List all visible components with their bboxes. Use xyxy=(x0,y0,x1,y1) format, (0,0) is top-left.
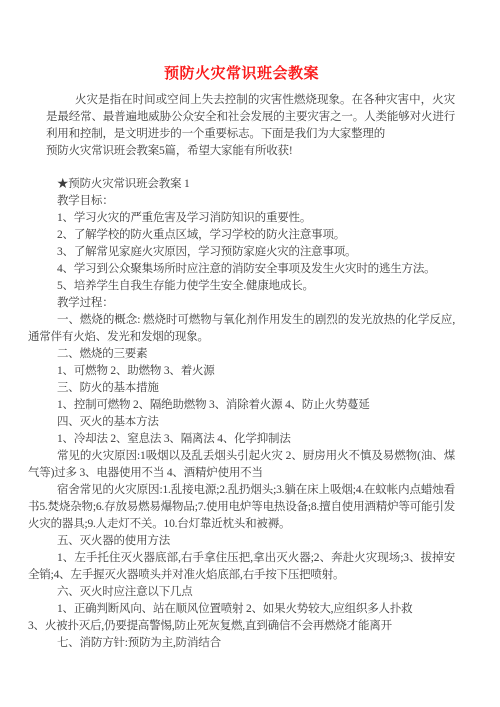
document-page: 预防火灾常识班会教案 火灾是指在时间或空间上失去控制的灾害性燃烧现象。在各种灾害… xyxy=(0,0,500,707)
paragraph: 1、正确判断风向、站在顺风位置喷射 2、如果火势较大,应组织多人扑救 xyxy=(28,601,455,618)
document-content: 预防火灾常识班会教案 火灾是指在时间或空间上失去控制的灾害性燃烧现象。在各种灾害… xyxy=(0,0,500,652)
paragraph: 教学目标： xyxy=(28,193,455,210)
paragraph: 四、灭火的基本方法 xyxy=(28,414,455,431)
paragraph: 4、学习到公众聚集场所时应注意的消防安全事项及发生火灾时的逃生方法。 xyxy=(28,261,455,278)
paragraph: 常见的火灾原因:1吸烟以及乱丢烟头引起火灾 2、厨房用火不慎及易燃物(油、煤气等… xyxy=(28,448,455,482)
paragraph: 教学过程： xyxy=(28,295,455,312)
paragraph: 火灾是指在时间或空间上失去控制的灾害性燃烧现象。在各种灾害中，火灾是最经常、最普… xyxy=(46,92,455,143)
document-body: 火灾是指在时间或空间上失去控制的灾害性燃烧现象。在各种灾害中，火灾是最经常、最普… xyxy=(28,92,455,652)
paragraph: 1、学习火灾的严重危害及学习消防知识的重要性。 xyxy=(28,210,455,227)
document-title: 预防火灾常识班会教案 xyxy=(28,64,455,83)
paragraph: ★预防火灾常识班会教案 1 xyxy=(28,176,455,193)
paragraph: 二、燃烧的三要素 xyxy=(28,346,455,363)
paragraph: 2、了解学校的防火重点区域，学习学校的防火注意事项。 xyxy=(28,227,455,244)
paragraph: 三、防火的基本措施 xyxy=(28,380,455,397)
paragraph: 预防火灾常识班会教案5篇，希望大家能有所收获! xyxy=(46,143,455,160)
paragraph: 3、了解常见家庭火灾原因，学习预防家庭火灾的注意事项。 xyxy=(28,244,455,261)
paragraph: 3、火被扑灭后,仍要提高警惕,防止死灰复燃,直到确信不会再燃烧才能离开 xyxy=(28,618,455,635)
paragraph: 1、控制可燃物 2、隔绝助燃物 3、消除着火源 4、防止火势蔓延 xyxy=(28,397,455,414)
paragraph: 七、消防方针:预防为主,防消结合 xyxy=(28,635,455,652)
paragraph: 五、灭火器的使用方法 xyxy=(28,533,455,550)
paragraph: 1、左手托住灭火器底部,右手拿住压把,拿出灭火器;2、奔赴火灾现场;3、拔掉安全… xyxy=(28,550,455,584)
paragraph: 1、冷却法 2、窒息法 3、隔离法 4、化学抑制法 xyxy=(28,431,455,448)
paragraph: 1、可燃物 2、助燃物 3、着火源 xyxy=(28,363,455,380)
paragraph: 六、灭火时应注意以下几点 xyxy=(28,584,455,601)
paragraph: 宿舍常见的火灾原因:1.乱接电源;2.乱扔烟头;3.躺在床上吸烟;4.在蚊帐内点… xyxy=(28,482,455,533)
paragraph: 一、燃烧的概念: 燃烧时可燃物与氧化剂作用发生的剧烈的发光放热的化学反应,通常伴… xyxy=(28,312,455,346)
paragraph: 5、培养学生自我生存能力使学生安全.健康地成长。 xyxy=(28,278,455,295)
